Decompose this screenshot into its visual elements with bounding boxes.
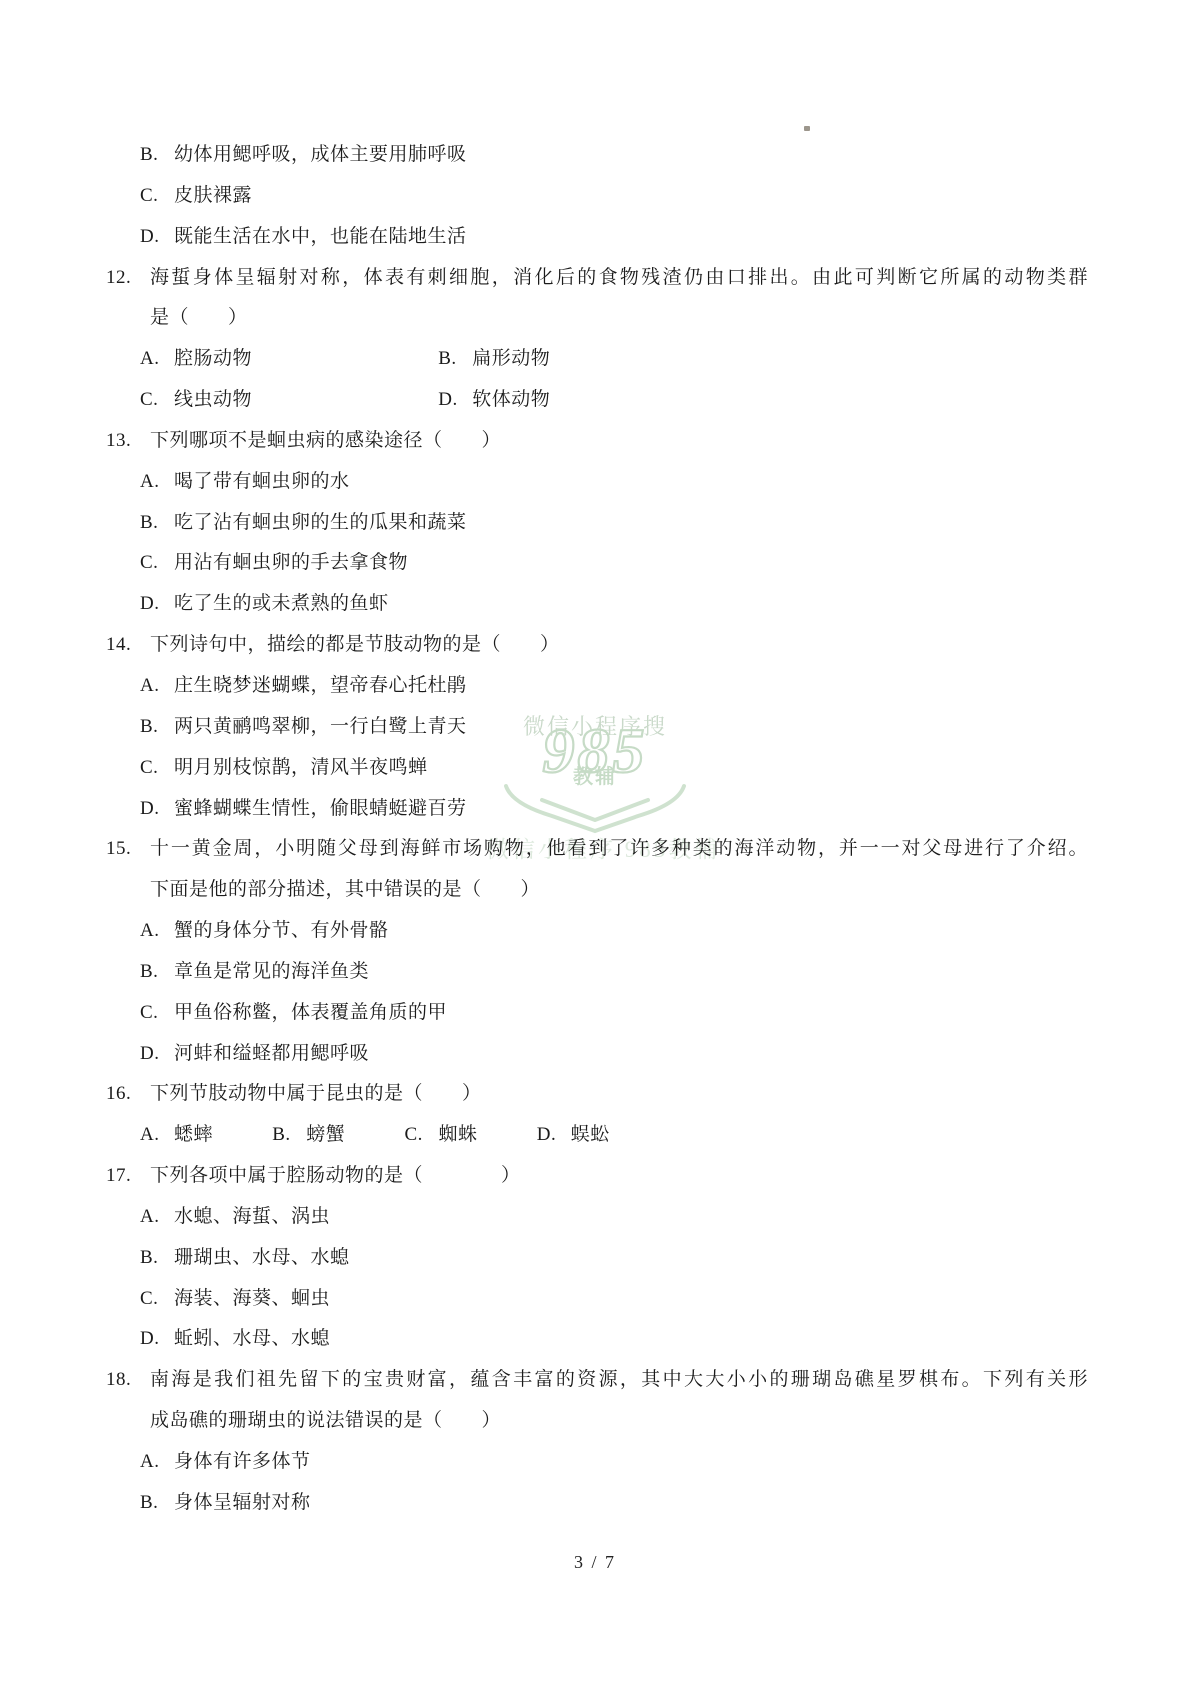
exam-page: { "page": { "number": "3 / 7" }, "waterm… bbox=[0, 0, 1190, 1683]
q17-stem-line-1: 17.下列各项中属于腔肠动物的是（ ） bbox=[0, 1156, 1190, 1197]
q18-option-a: A.身体有许多体节 bbox=[0, 1442, 1190, 1483]
q14-stem-line-1: 14.下列诗句中，描绘的都是节肢动物的是（ ） bbox=[0, 625, 1190, 666]
exam-content: B.幼体用鳃呼吸，成体主要用肺呼吸 C.皮肤裸露 D.既能生活在水中，也能在陆地… bbox=[0, 0, 1190, 1524]
option-text: 章鱼是常见的海洋鱼类 bbox=[174, 961, 369, 982]
option-letter: B. bbox=[140, 1483, 174, 1524]
option-letter: A. bbox=[140, 1197, 174, 1238]
question-number: 17. bbox=[106, 1156, 150, 1197]
option-text: 身体有许多体节 bbox=[174, 1451, 311, 1472]
option-letter: B. bbox=[140, 952, 174, 993]
q15-stem-line-2: 下面是他的部分描述，其中错误的是（ ） bbox=[0, 870, 1190, 911]
question-number: 18. bbox=[106, 1360, 150, 1401]
option-text: 海装、海葵、蛔虫 bbox=[174, 1288, 330, 1309]
q12-options-row-1: A.腔肠动物 B.扁形动物 bbox=[0, 339, 1190, 380]
option-text: 用沾有蛔虫卵的手去拿食物 bbox=[174, 552, 408, 573]
question-stem: 下列诗句中，描绘的都是节肢动物的是（ ） bbox=[150, 625, 560, 666]
option-text: 蚯蚓、水母、水螅 bbox=[174, 1328, 330, 1349]
option-text: 蜈蚣 bbox=[571, 1124, 610, 1145]
option-text: 水螅、海蜇、涡虫 bbox=[174, 1206, 330, 1227]
page-number: 3 / 7 bbox=[0, 1552, 1190, 1573]
question-stem: 是（ ） bbox=[150, 298, 1190, 339]
option-letter: A. bbox=[140, 462, 174, 503]
q13-option-d: D.吃了生的或未煮熟的鱼虾 bbox=[0, 584, 1190, 625]
option-text: 软体动物 bbox=[472, 389, 550, 410]
option-letter: D. bbox=[438, 380, 472, 421]
option-text: 身体呈辐射对称 bbox=[174, 1492, 311, 1513]
question-number: 14. bbox=[106, 625, 150, 666]
option-letter: C. bbox=[140, 1279, 174, 1320]
q13-stem-line-1: 13.下列哪项不是蛔虫病的感染途径（ ） bbox=[0, 421, 1190, 462]
option-text: 庄生晓梦迷蝴蝶，望帝春心托杜鹃 bbox=[174, 675, 467, 696]
option-text: 线虫动物 bbox=[174, 389, 252, 410]
q14-option-a: A.庄生晓梦迷蝴蝶，望帝春心托杜鹃 bbox=[0, 666, 1190, 707]
option-text: 两只黄鹂鸣翠柳，一行白鹭上青天 bbox=[174, 716, 467, 737]
question-number: 15. bbox=[106, 829, 150, 870]
q17-option-c: C.海装、海葵、蛔虫 bbox=[0, 1279, 1190, 1320]
q11-option-d: D.既能生活在水中，也能在陆地生活 bbox=[0, 217, 1190, 258]
option-letter: B. bbox=[140, 503, 174, 544]
option-text: 皮肤裸露 bbox=[174, 185, 252, 206]
option-text: 蟋蟀 bbox=[174, 1124, 213, 1145]
q18-option-b: B.身体呈辐射对称 bbox=[0, 1483, 1190, 1524]
option-text: 河蚌和缢蛏都用鳃呼吸 bbox=[174, 1043, 369, 1064]
option-text: 蜜蜂蝴蝶生情性，偷眼蜻蜓避百劳 bbox=[174, 798, 467, 819]
option-text: 明月别枝惊鹊，清风半夜鸣蝉 bbox=[174, 757, 428, 778]
option-text: 喝了带有蛔虫卵的水 bbox=[174, 471, 350, 492]
q13-option-a: A.喝了带有蛔虫卵的水 bbox=[0, 462, 1190, 503]
option-text: 幼体用鳃呼吸，成体主要用肺呼吸 bbox=[174, 144, 467, 165]
option-letter: D. bbox=[537, 1115, 571, 1156]
q12-option-d: D.软体动物 bbox=[438, 389, 550, 410]
q16-option-a: A.蟋蟀 bbox=[140, 1115, 267, 1156]
q16-stem-line-1: 16.下列节肢动物中属于昆虫的是（ ） bbox=[0, 1074, 1190, 1115]
q18-stem-line-1: 18.南海是我们祖先留下的宝贵财富，蕴含丰富的资源，其中大大小小的珊瑚岛礁星罗棋… bbox=[0, 1360, 1190, 1401]
scan-artifact-dot bbox=[804, 126, 810, 131]
q12-stem-line-1: 12.海蜇身体呈辐射对称，体表有刺细胞，消化后的食物残渣仍由口排出。由此可判断它… bbox=[0, 258, 1190, 299]
option-letter: C. bbox=[140, 176, 174, 217]
option-letter: D. bbox=[140, 217, 174, 258]
question-stem: 成岛礁的珊瑚虫的说法错误的是（ ） bbox=[150, 1401, 1190, 1442]
q16-option-c: C.蜘蛛 bbox=[405, 1115, 532, 1156]
q12-option-b: B.扁形动物 bbox=[438, 348, 550, 369]
question-stem: 下面是他的部分描述，其中错误的是（ ） bbox=[150, 870, 1190, 911]
option-text: 吃了沾有蛔虫卵的生的瓜果和蔬菜 bbox=[174, 512, 467, 533]
q14-option-c: C.明月别枝惊鹊，清风半夜鸣蝉 bbox=[0, 748, 1190, 789]
question-number: 12. bbox=[106, 258, 150, 299]
option-text: 扁形动物 bbox=[472, 348, 550, 369]
option-letter: A. bbox=[140, 911, 174, 952]
option-letter: C. bbox=[140, 993, 174, 1034]
question-stem: 海蜇身体呈辐射对称，体表有刺细胞，消化后的食物残渣仍由口排出。由此可判断它所属的… bbox=[150, 258, 1088, 299]
q15-option-d: D.河蚌和缢蛏都用鳃呼吸 bbox=[0, 1034, 1190, 1075]
option-letter: D. bbox=[140, 1034, 174, 1075]
q17-option-a: A.水螅、海蜇、涡虫 bbox=[0, 1197, 1190, 1238]
option-text: 既能生活在水中，也能在陆地生活 bbox=[174, 226, 467, 247]
option-letter: A. bbox=[140, 1115, 174, 1156]
option-letter: A. bbox=[140, 339, 174, 380]
option-text: 螃蟹 bbox=[306, 1124, 345, 1145]
q18-stem-line-2: 成岛礁的珊瑚虫的说法错误的是（ ） bbox=[0, 1401, 1190, 1442]
q13-option-c: C.用沾有蛔虫卵的手去拿食物 bbox=[0, 543, 1190, 584]
q11-option-b: B.幼体用鳃呼吸，成体主要用肺呼吸 bbox=[0, 135, 1190, 176]
q17-option-b: B.珊瑚虫、水母、水螅 bbox=[0, 1238, 1190, 1279]
q16-option-b: B.螃蟹 bbox=[272, 1115, 399, 1156]
option-letter: B. bbox=[438, 339, 472, 380]
q15-option-c: C.甲鱼俗称鳖，体表覆盖角质的甲 bbox=[0, 993, 1190, 1034]
option-letter: D. bbox=[140, 584, 174, 625]
question-stem: 下列各项中属于腔肠动物的是（ ） bbox=[150, 1156, 521, 1197]
q15-stem-line-1: 15.十一黄金周，小明随父母到海鲜市场购物，他看到了许多种类的海洋动物，并一一对… bbox=[0, 829, 1190, 870]
q15-option-b: B.章鱼是常见的海洋鱼类 bbox=[0, 952, 1190, 993]
option-text: 甲鱼俗称鳖，体表覆盖角质的甲 bbox=[174, 1002, 447, 1023]
option-letter: A. bbox=[140, 666, 174, 707]
question-stem: 下列哪项不是蛔虫病的感染途径（ ） bbox=[150, 421, 501, 462]
option-text: 蟹的身体分节、有外骨骼 bbox=[174, 920, 389, 941]
option-text: 蜘蛛 bbox=[439, 1124, 478, 1145]
option-letter: B. bbox=[140, 707, 174, 748]
q15-option-a: A.蟹的身体分节、有外骨骼 bbox=[0, 911, 1190, 952]
q16-options-row: A.蟋蟀 B.螃蟹 C.蜘蛛 D.蜈蚣 bbox=[0, 1115, 1190, 1156]
option-letter: B. bbox=[272, 1115, 306, 1156]
option-letter: D. bbox=[140, 789, 174, 830]
question-number: 16. bbox=[106, 1074, 150, 1115]
q17-option-d: D.蚯蚓、水母、水螅 bbox=[0, 1319, 1190, 1360]
q12-options-row-2: C.线虫动物 D.软体动物 bbox=[0, 380, 1190, 421]
option-letter: B. bbox=[140, 135, 174, 176]
question-number: 13. bbox=[106, 421, 150, 462]
option-letter: A. bbox=[140, 1442, 174, 1483]
option-text: 腔肠动物 bbox=[174, 348, 252, 369]
q14-option-b: B.两只黄鹂鸣翠柳，一行白鹭上青天 bbox=[0, 707, 1190, 748]
option-letter: C. bbox=[140, 543, 174, 584]
question-stem: 下列节肢动物中属于昆虫的是（ ） bbox=[150, 1074, 482, 1115]
option-text: 珊瑚虫、水母、水螅 bbox=[174, 1247, 350, 1268]
option-letter: B. bbox=[140, 1238, 174, 1279]
option-letter: C. bbox=[405, 1115, 439, 1156]
option-text: 吃了生的或未煮熟的鱼虾 bbox=[174, 593, 389, 614]
q12-option-c: C.线虫动物 bbox=[140, 380, 433, 421]
question-stem: 十一黄金周，小明随父母到海鲜市场购物，他看到了许多种类的海洋动物，并一一对父母进… bbox=[150, 829, 1088, 870]
option-letter: C. bbox=[140, 380, 174, 421]
question-stem: 南海是我们祖先留下的宝贵财富，蕴含丰富的资源，其中大大小小的珊瑚岛礁星罗棋布。下… bbox=[150, 1360, 1088, 1401]
q16-option-d: D.蜈蚣 bbox=[537, 1124, 610, 1145]
q11-option-c: C.皮肤裸露 bbox=[0, 176, 1190, 217]
q14-option-d: D.蜜蜂蝴蝶生情性，偷眼蜻蜓避百劳 bbox=[0, 789, 1190, 830]
q12-option-a: A.腔肠动物 bbox=[140, 339, 433, 380]
q12-stem-line-2: 是（ ） bbox=[0, 298, 1190, 339]
option-letter: C. bbox=[140, 748, 174, 789]
option-letter: D. bbox=[140, 1319, 174, 1360]
q13-option-b: B.吃了沾有蛔虫卵的生的瓜果和蔬菜 bbox=[0, 503, 1190, 544]
